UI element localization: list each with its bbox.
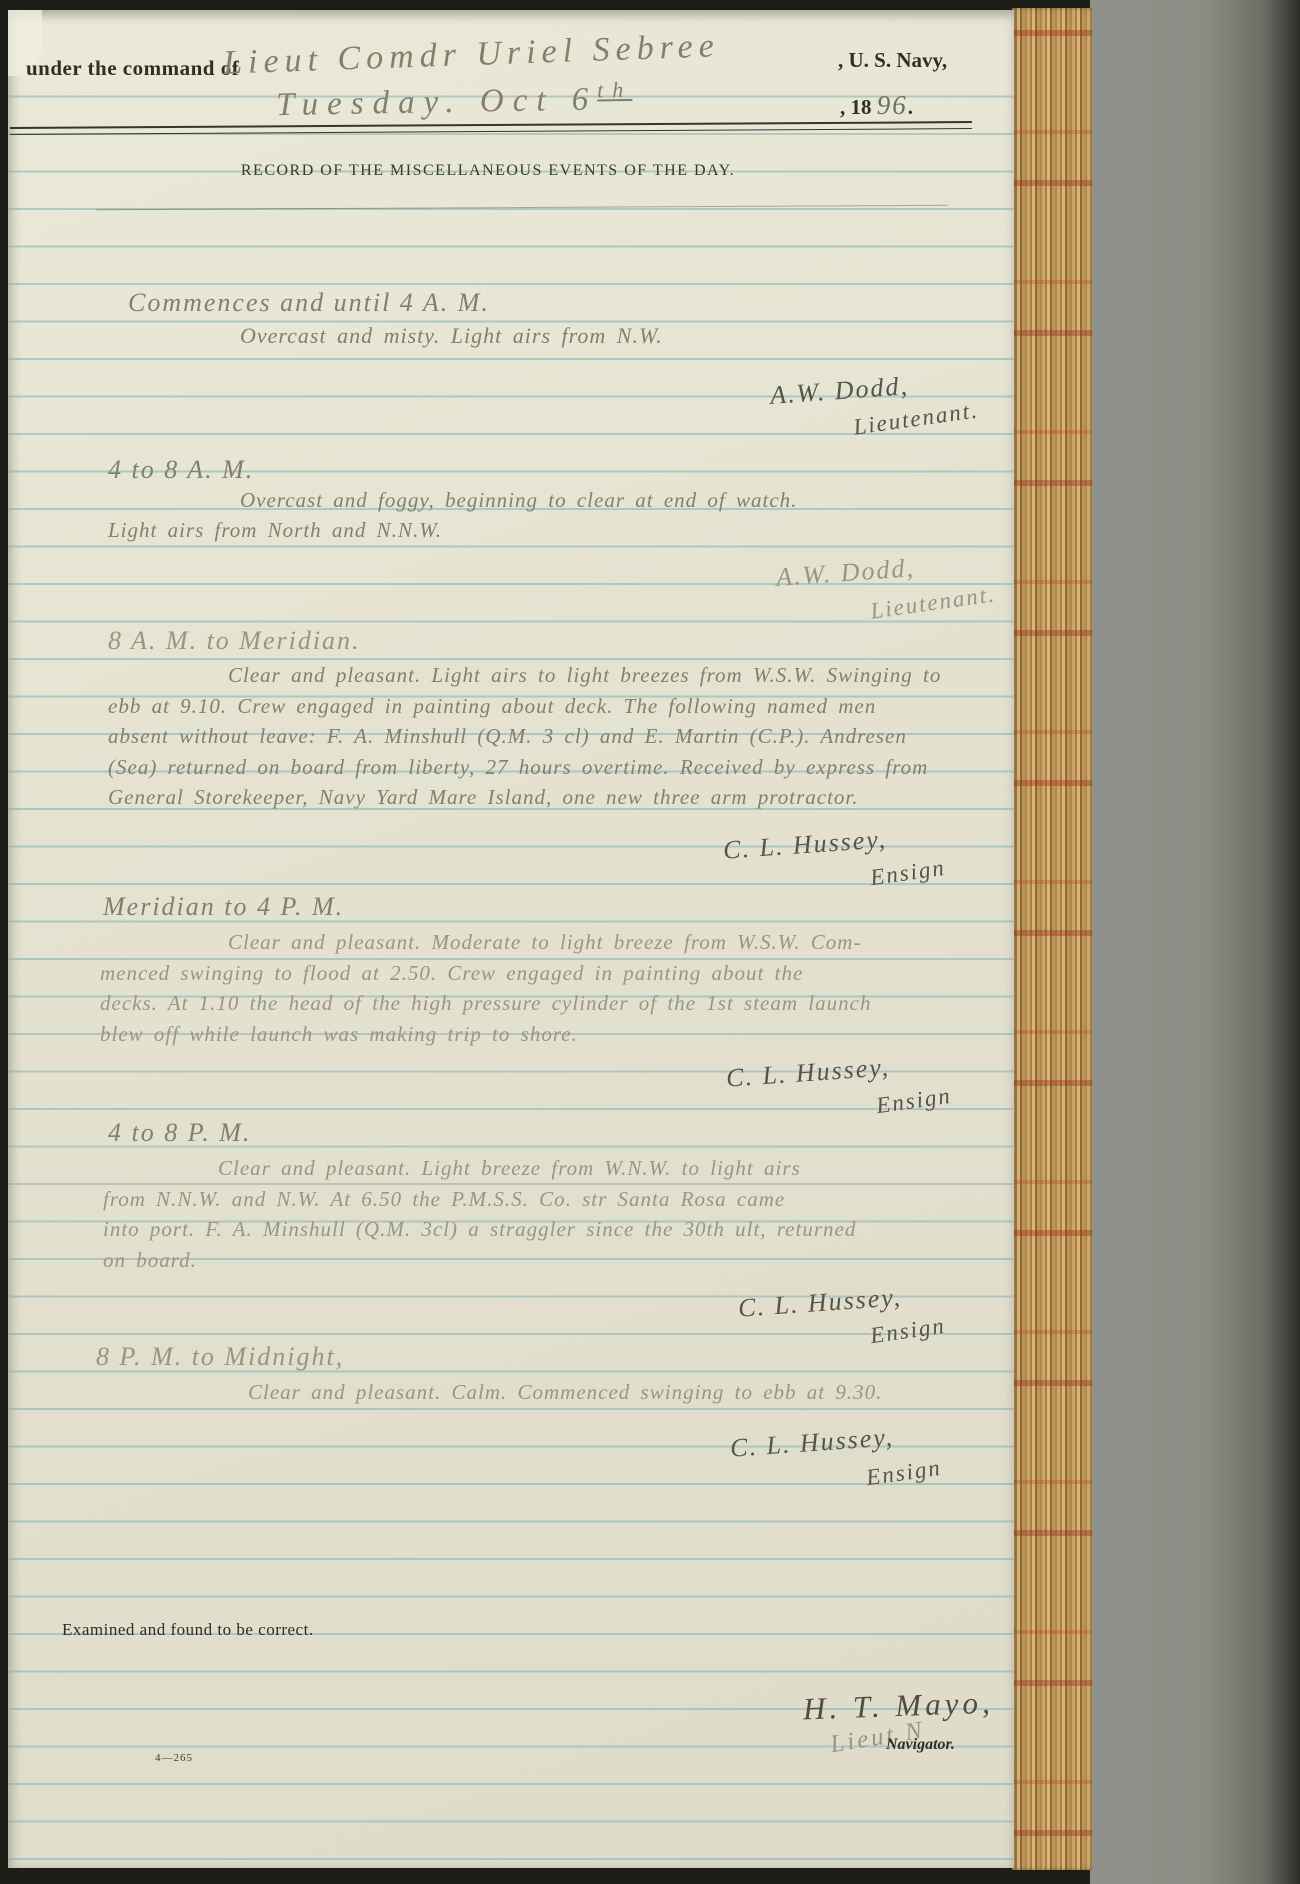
book-page-edges: [1012, 8, 1092, 1870]
printed-under-command-label: under the command of: [26, 56, 239, 81]
scanned-logbook-page: under the command of Lieut Comdr Uriel S…: [0, 0, 1300, 1884]
entry-text-line: menced swinging to flood at 2.50. Crew e…: [100, 958, 990, 989]
signature-rank: Lieutenant.: [869, 581, 998, 624]
entry-heading: 4 to 8 A. M.: [108, 455, 254, 485]
printed-year-prefix: , 18 96.: [840, 90, 913, 121]
photo-backdrop: [1090, 0, 1300, 1884]
signature-name: A.W. Dodd,: [775, 553, 916, 593]
signature-name: A.W. Dodd,: [769, 371, 910, 411]
signature-name: C. L. Hussey,: [737, 1282, 903, 1323]
entry-heading: Commences and until 4 A. M.: [128, 288, 490, 318]
printed-period: .: [908, 95, 913, 119]
signature-name: C. L. Hussey,: [725, 1052, 891, 1093]
logbook-paper: under the command of Lieut Comdr Uriel S…: [8, 10, 1014, 1868]
form-number: 4—265: [155, 1752, 193, 1764]
header-double-rule: [10, 121, 972, 135]
section-title: RECORD OF THE MISCELLANEOUS EVENTS OF TH…: [8, 162, 968, 180]
entry-heading: 8 P. M. to Midnight,: [96, 1342, 344, 1372]
entry-text-line: into port. F. A. Minshull (Q.M. 3cl) a s…: [103, 1214, 1003, 1245]
entry-text-line: General Storekeeper, Navy Yard Mare Isla…: [108, 782, 988, 813]
entry-text-line: Light airs from North and N.N.W.: [108, 518, 442, 543]
navigator-printed-label: Navigator.: [886, 1736, 955, 1754]
signature-rank: Ensign: [875, 1083, 954, 1119]
signature-rank: Ensign: [869, 855, 948, 891]
date-handwritten: Tuesday. Oct 6th: [276, 77, 633, 124]
signature-rank: Ensign: [865, 1455, 944, 1491]
entry-text-line: blew off while launch was making trip to…: [100, 1019, 990, 1050]
entry-text-line: decks. At 1.10 the head of the high pres…: [100, 988, 990, 1019]
entry-text-line: Clear and pleasant. Light breeze from W.…: [103, 1153, 1003, 1184]
signature-rank: Ensign: [869, 1313, 948, 1349]
date-ordinal: th: [597, 77, 633, 103]
year-handwritten: 96: [877, 90, 908, 120]
entry-text-line: absent without leave: F. A. Minshull (Q.…: [108, 721, 988, 752]
examined-correct-label: Examined and found to be correct.: [62, 1620, 314, 1640]
entry-text-line: Overcast and foggy, beginning to clear a…: [240, 488, 797, 513]
commander-name-handwritten: Lieut Comdr Uriel Sebree: [222, 27, 720, 82]
signature-name: C. L. Hussey,: [722, 824, 888, 865]
entry-text-line: Clear and pleasant. Light airs to light …: [108, 660, 988, 691]
entry-paragraph: Clear and pleasant. Moderate to light br…: [100, 927, 990, 1049]
entry-paragraph: Clear and pleasant. Light breeze from W.…: [103, 1153, 1003, 1275]
entry-text-line: ebb at 9.10. Crew engaged in painting ab…: [108, 691, 988, 722]
printed-us-navy-label: , U. S. Navy,: [838, 48, 947, 73]
entry-text-line: Overcast and misty. Light airs from N.W.: [240, 323, 663, 349]
entry-heading: 8 A. M. to Meridian.: [108, 626, 361, 656]
entry-text-line: on board.: [103, 1245, 1003, 1276]
entry-heading: 4 to 8 P. M.: [108, 1118, 251, 1148]
entry-text-line: from N.N.W. and N.W. At 6.50 the P.M.S.S…: [103, 1184, 1003, 1215]
entry-text-line: Clear and pleasant. Calm. Commenced swin…: [248, 1380, 882, 1405]
entry-paragraph: Clear and pleasant. Light airs to light …: [108, 660, 988, 813]
title-underline-rule: [96, 205, 948, 210]
entry-text-line: (Sea) returned on board from liberty, 27…: [108, 752, 988, 783]
signature-name: C. L. Hussey,: [729, 1422, 895, 1463]
signature-rank: Lieutenant.: [852, 397, 981, 440]
entry-heading: Meridian to 4 P. M.: [103, 892, 344, 922]
entry-text-line: Clear and pleasant. Moderate to light br…: [100, 927, 990, 958]
